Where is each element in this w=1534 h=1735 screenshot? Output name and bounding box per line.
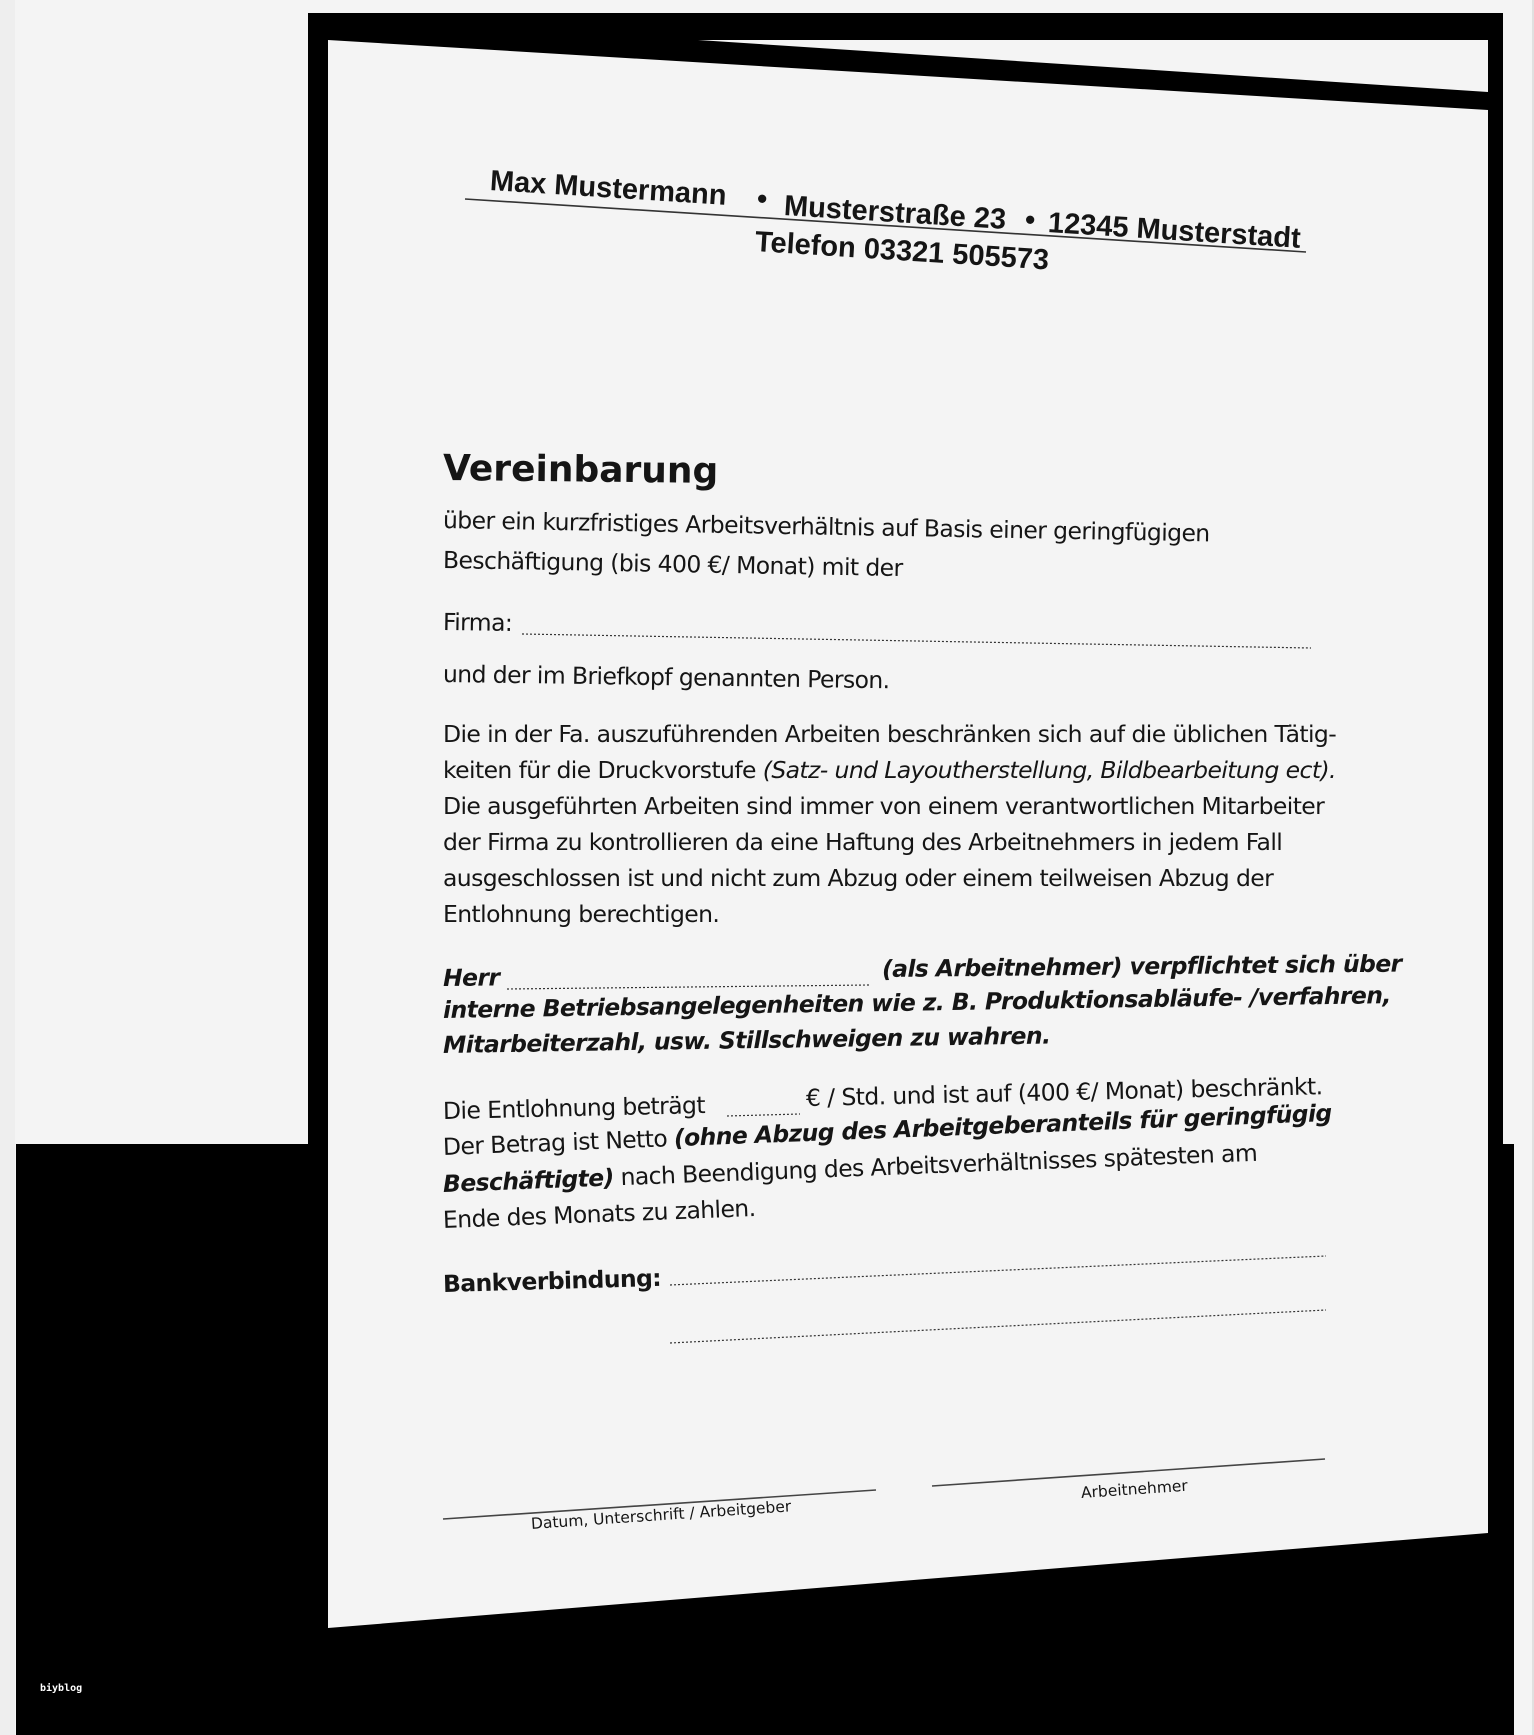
herr-label: Herr bbox=[443, 963, 500, 992]
document-subtitle: über ein kurzfristiges Arbeitsverhältnis… bbox=[443, 506, 1210, 547]
paragraph-line: keiten für die Druckvorstufe (Satz- und … bbox=[443, 756, 1336, 784]
firma-label: Firma: bbox=[443, 608, 513, 637]
bank-label: Bankverbindung: bbox=[443, 1264, 662, 1298]
paragraph-line: Die ausgeführten Arbeiten sind immer von… bbox=[443, 792, 1324, 820]
payment-text: Ende des Monats zu zahlen. bbox=[442, 1194, 755, 1234]
bank-field-1[interactable] bbox=[670, 1256, 1326, 1284]
party-line: und der im Briefkopf genannten Person. bbox=[443, 660, 890, 694]
document-title: Vereinbarung bbox=[443, 448, 719, 492]
payment-text: Die Entlohnung beträgt bbox=[443, 1091, 706, 1125]
paragraph-line: der Firma zu kontrollieren da eine Haftu… bbox=[443, 828, 1282, 856]
herr-field[interactable] bbox=[508, 960, 868, 988]
letterhead-phone: Telefon 03321 505573 bbox=[754, 226, 1050, 277]
confidentiality-text: Mitarbeiterzahl, usw. Stillschweigen zu … bbox=[443, 1021, 1051, 1059]
rate-field[interactable] bbox=[727, 1092, 799, 1118]
bank-field-2[interactable] bbox=[670, 1312, 1326, 1340]
firma-field[interactable] bbox=[525, 606, 1305, 636]
document-subtitle: Beschäftigung (bis 400 €/ Monat) mit der bbox=[443, 546, 903, 582]
watermark: biyblog bbox=[40, 1683, 82, 1694]
signature-label-employee: Arbeitnehmer bbox=[1080, 1477, 1188, 1502]
letterhead-city: 12345 Musterstadt bbox=[1047, 207, 1302, 256]
signature-label-employer: Datum, Unterschrift / Arbeitgeber bbox=[530, 1497, 791, 1533]
paragraph-line: Die in der Fa. auszuführenden Arbeiten b… bbox=[443, 720, 1336, 748]
letterhead-separator: • bbox=[1024, 204, 1036, 238]
letterhead-separator: • bbox=[756, 183, 768, 217]
paragraph-line: ausgeschlossen ist und nicht zum Abzug o… bbox=[443, 864, 1273, 892]
confidentiality-text: (als Arbeitnehmer) verpflichtet sich übe… bbox=[882, 950, 1402, 983]
paragraph-line: Entlohnung berechtigen. bbox=[443, 900, 719, 928]
letterhead-name: Max Mustermann bbox=[489, 165, 727, 213]
